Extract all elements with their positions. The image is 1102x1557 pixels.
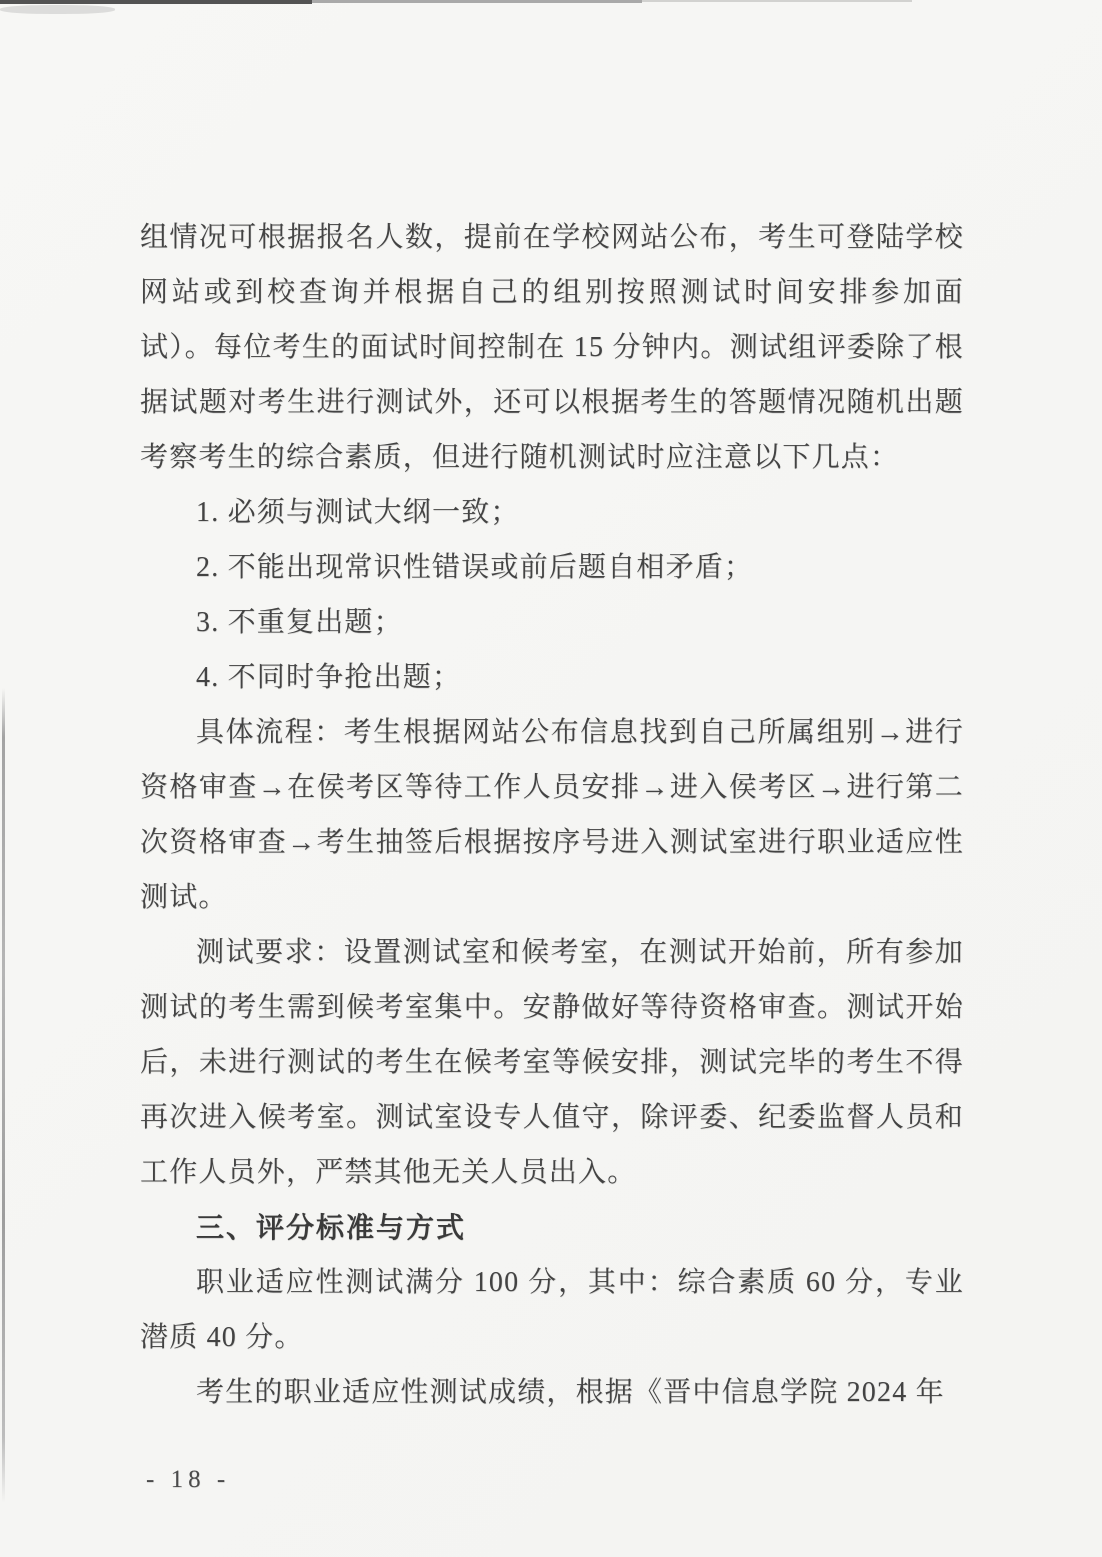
list-item-4: 4. 不同时争抢出题； bbox=[140, 650, 964, 705]
list-item-2: 2. 不能出现常识性错误或前后题自相矛盾； bbox=[140, 540, 964, 595]
document-page: 组情况可根据报名人数，提前在学校网站公布，考生可登陆学校网站或到校查询并根据自己… bbox=[0, 0, 1102, 1557]
list-item-1: 1. 必须与测试大纲一致； bbox=[140, 485, 964, 540]
paragraph-test-requirements: 测试要求：设置测试室和候考室，在测试开始前，所有参加测试的考生需到候考室集中。安… bbox=[140, 925, 964, 1200]
scan-artifact-top-line-light bbox=[642, 0, 912, 2]
scan-artifact-top-line-dark bbox=[0, 0, 312, 4]
scan-artifact-smudge bbox=[0, 5, 115, 14]
document-body: 组情况可根据报名人数，提前在学校网站公布，考生可登陆学校网站或到校查询并根据自己… bbox=[140, 210, 964, 1420]
paragraph-score-basis: 考生的职业适应性测试成绩，根据《晋中信息学院 2024 年 bbox=[140, 1365, 964, 1420]
list-item-3: 3. 不重复出题； bbox=[140, 595, 964, 650]
scan-artifact-left-edge-line bbox=[2, 688, 5, 1503]
section-heading-scoring: 三、评分标准与方式 bbox=[140, 1200, 964, 1255]
paragraph-score-breakdown: 职业适应性测试满分 100 分，其中：综合素质 60 分，专业潜质 40 分。 bbox=[140, 1255, 964, 1365]
scan-artifact-top-line-mid bbox=[312, 0, 642, 3]
paragraph-continuation: 组情况可根据报名人数，提前在学校网站公布，考生可登陆学校网站或到校查询并根据自己… bbox=[140, 210, 964, 485]
paragraph-procedure: 具体流程：考生根据网站公布信息找到自己所属组别→进行资格审查→在侯考区等待工作人… bbox=[140, 705, 964, 925]
page-number: - 18 - bbox=[146, 1466, 230, 1494]
